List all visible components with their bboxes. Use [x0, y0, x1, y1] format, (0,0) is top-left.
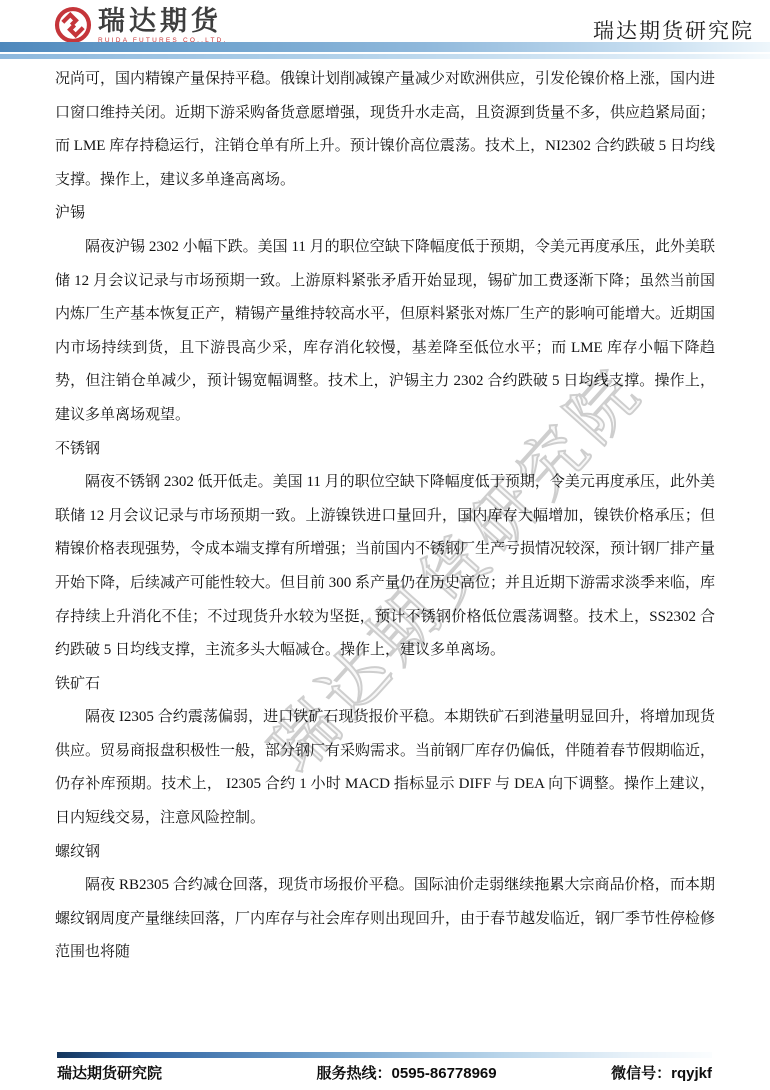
section-tin-paragraph: 隔夜沪锡 2302 小幅下跌。美国 11 月的职位空缺下降幅度低于预期，令美元再… [55, 231, 715, 433]
section-heading-tin: 沪锡 [55, 197, 715, 231]
footer-institute: 瑞达期货研究院 [57, 1062, 162, 1083]
footer-hotline: 服务热线：0595-86778969 [317, 1062, 497, 1083]
footer-divider-bar [57, 1052, 712, 1058]
section-iron-ore-paragraph: 隔夜 I2305 合约震荡偏弱，进口铁矿石现货报价平稳。本期铁矿石到港量明显回升… [55, 701, 715, 835]
section-heading-rebar: 螺纹钢 [55, 836, 715, 870]
header-institute-title: 瑞达期货研究院 [593, 15, 754, 45]
ruida-logo-icon [54, 6, 92, 44]
report-body: 况尚可，国内精镍产量保持平稳。俄镍计划削减镍产量减少对欧洲供应，引发伦镍价格上涨… [55, 63, 715, 970]
header-divider-band-main [0, 42, 770, 52]
header-divider-bar [0, 42, 770, 60]
logo-company-name: 瑞达期货 [98, 6, 228, 36]
section-rebar-paragraph: 隔夜 RB2305 合约减仓回落，现货市场报价平稳。国际油价走弱继续拖累大宗商品… [55, 869, 715, 970]
section-stainless-steel-paragraph: 隔夜不锈钢 2302 低开低走。美国 11 月的职位空缺下降幅度低于预期，令美元… [55, 466, 715, 668]
header-divider-band-sub [0, 54, 770, 59]
section-nickel-paragraph: 况尚可，国内精镍产量保持平稳。俄镍计划削减镍产量减少对欧洲供应，引发伦镍价格上涨… [55, 63, 715, 197]
company-logo: 瑞达期货 RUIDA FUTURES CO.,LTD. [54, 6, 228, 44]
footer-wechat: 微信号：rqyjkf [611, 1062, 712, 1083]
section-heading-stainless-steel: 不锈钢 [55, 433, 715, 467]
section-heading-iron-ore: 铁矿石 [55, 668, 715, 702]
page-header: 瑞达期货 RUIDA FUTURES CO.,LTD. 瑞达期货研究院 [0, 0, 770, 42]
page-footer: 瑞达期货研究院 服务热线：0595-86778969 微信号：rqyjkf [57, 1060, 712, 1084]
